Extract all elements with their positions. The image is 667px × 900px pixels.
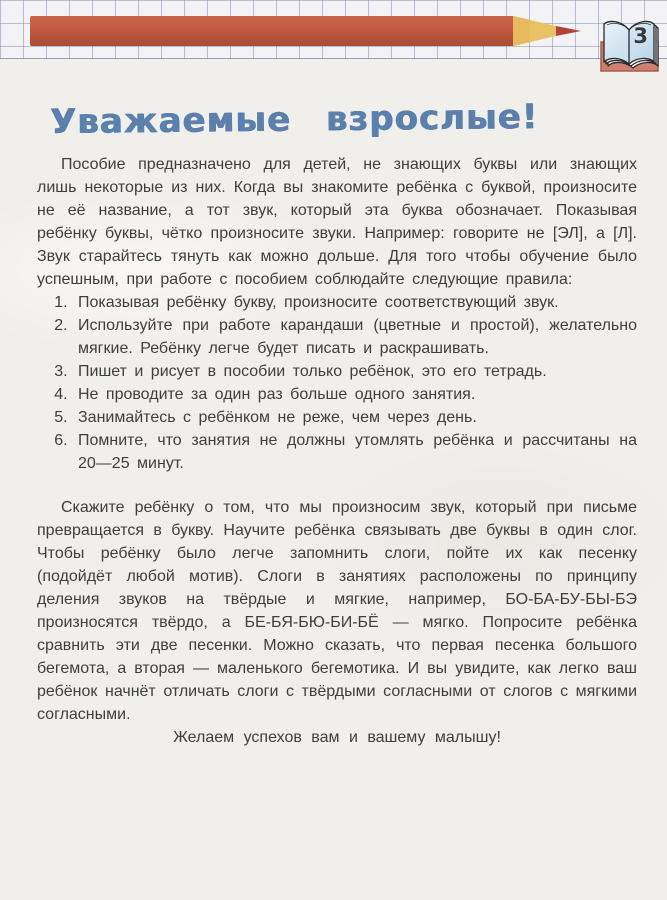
book-page: { "page": { "number": "3", "title": "Ува… [0,0,667,900]
graph-paper-header: 3 [0,0,667,59]
rule-item-1: Показывая ребёнку букву, произносите соо… [75,291,637,314]
rule-item-5: Занимайтесь с ребёнком не реже, чем чере… [75,406,637,429]
rule-item-4: Не проводите за один раз больше одного з… [75,383,637,406]
intro-paragraph: Пособие предназначено для детей, не знаю… [37,153,637,291]
rule-item-3: Пишет и рисует в пособии только ребёнок,… [75,360,637,383]
page-body: Пособие предназначено для детей, не знаю… [37,153,637,749]
page-number: 3 [633,24,648,48]
rule-item-2: Используйте при работе карандаши (цветны… [75,314,637,360]
red-pencil-icon [30,16,581,46]
page-title: Уважаемые взрослые! [50,96,667,142]
rules-list: Показывая ребёнку букву, произносите соо… [37,291,637,475]
open-book-badge: 3 [594,12,664,76]
rule-item-6: Помните, что занятия не должны утомлять … [75,429,637,475]
advice-paragraph: Скажите ребёнку о том, что мы произносим… [37,496,637,726]
closing-wish: Желаем успехов вам и вашему малышу! [37,726,637,749]
